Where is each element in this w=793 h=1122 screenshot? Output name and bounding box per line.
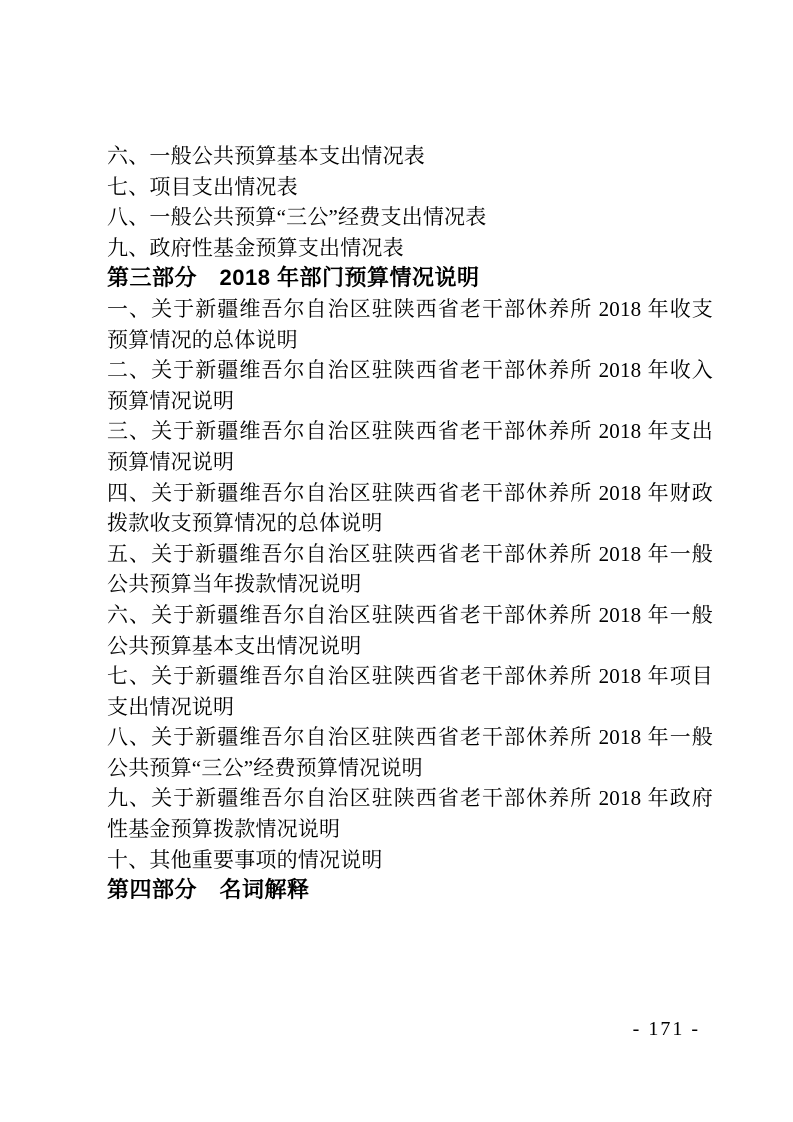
toc-item-part2-8: 八、一般公共预算“三公”经费支出情况表 — [107, 202, 713, 233]
toc-item-part3-1-line2: 预算情况的总体说明 — [107, 325, 713, 356]
toc-item-part3-2-line2: 预算情况说明 — [107, 386, 713, 417]
toc-item-part3-5-line1: 五、关于新疆维吾尔自治区驻陕西省老干部休养所 2018 年一般 — [107, 539, 713, 570]
toc-item-part2-9: 九、政府性基金预算支出情况表 — [107, 233, 713, 264]
page-number: - 171 - — [633, 1018, 700, 1040]
section-heading-part3: 第三部分 2018 年部门预算情况说明 — [107, 263, 713, 294]
section-heading-part4: 第四部分 名词解释 — [107, 875, 713, 906]
toc-item-part3-7-line1: 七、关于新疆维吾尔自治区驻陕西省老干部休养所 2018 年项目 — [107, 661, 713, 692]
toc-item-part2-6: 六、一般公共预算基本支出情况表 — [107, 141, 713, 172]
toc-item-part3-10: 十、其他重要事项的情况说明 — [107, 845, 713, 876]
toc-item-part3-9-line1: 九、关于新疆维吾尔自治区驻陕西省老干部休养所 2018 年政府 — [107, 783, 713, 814]
document-page: 六、一般公共预算基本支出情况表 七、项目支出情况表 八、一般公共预算“三公”经费… — [0, 0, 793, 1122]
toc-item-part3-6-line1: 六、关于新疆维吾尔自治区驻陕西省老干部休养所 2018 年一般 — [107, 600, 713, 631]
toc-item-part3-9-line2: 性基金预算拨款情况说明 — [107, 814, 713, 845]
toc-item-part2-7: 七、项目支出情况表 — [107, 172, 713, 203]
toc-item-part3-2-line1: 二、关于新疆维吾尔自治区驻陕西省老干部休养所 2018 年收入 — [107, 355, 713, 386]
toc-item-part3-4-line1: 四、关于新疆维吾尔自治区驻陕西省老干部休养所 2018 年财政 — [107, 478, 713, 509]
toc-item-part3-5-line2: 公共预算当年拨款情况说明 — [107, 569, 713, 600]
toc-item-part3-4-line2: 拨款收支预算情况的总体说明 — [107, 508, 713, 539]
table-of-contents: 六、一般公共预算基本支出情况表 七、项目支出情况表 八、一般公共预算“三公”经费… — [107, 141, 713, 906]
toc-item-part3-1-line1: 一、关于新疆维吾尔自治区驻陕西省老干部休养所 2018 年收支 — [107, 294, 713, 325]
toc-item-part3-6-line2: 公共预算基本支出情况说明 — [107, 631, 713, 662]
toc-item-part3-3-line1: 三、关于新疆维吾尔自治区驻陕西省老干部休养所 2018 年支出 — [107, 416, 713, 447]
toc-item-part3-8-line1: 八、关于新疆维吾尔自治区驻陕西省老干部休养所 2018 年一般 — [107, 722, 713, 753]
toc-item-part3-7-line2: 支出情况说明 — [107, 692, 713, 723]
toc-item-part3-3-line2: 预算情况说明 — [107, 447, 713, 478]
toc-item-part3-8-line2: 公共预算“三公”经费预算情况说明 — [107, 753, 713, 784]
